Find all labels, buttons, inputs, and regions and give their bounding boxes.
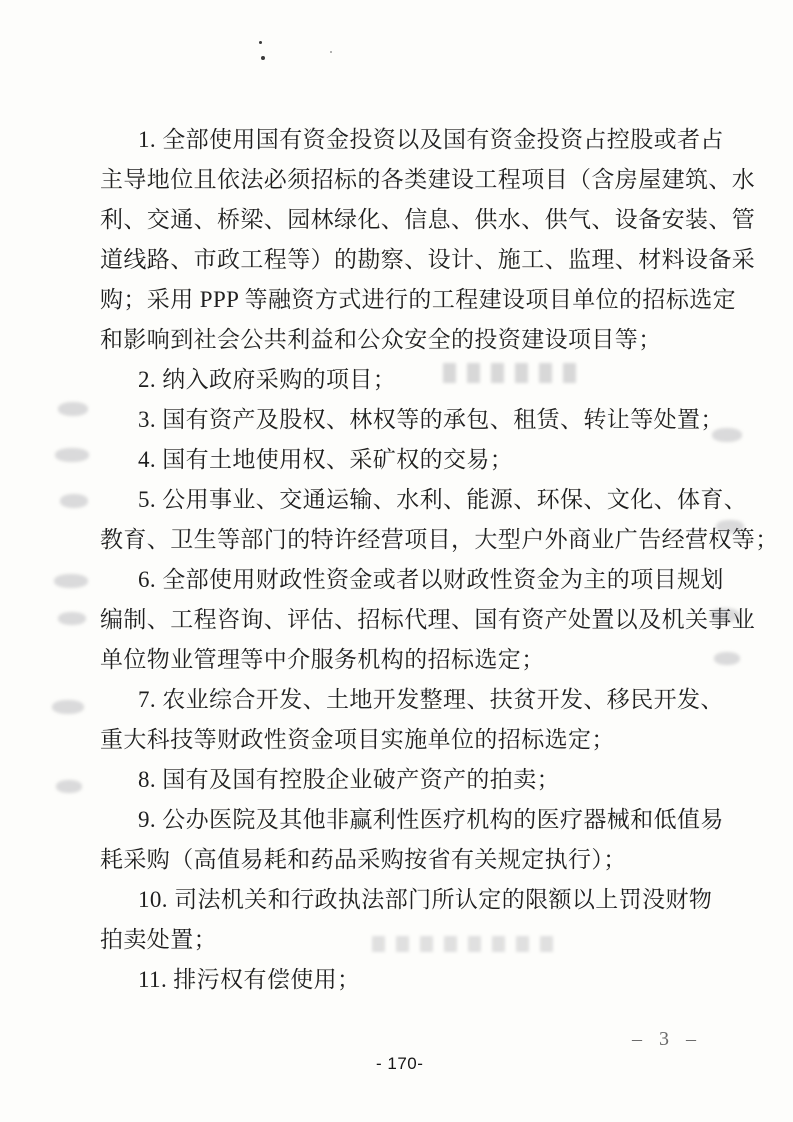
bleedthrough-smudge xyxy=(58,402,88,416)
text-line: 利、交通、桥梁、园林绿化、信息、供水、供气、设备安装、管 xyxy=(100,200,704,240)
text-line: 4. 国有土地使用权、采矿权的交易； xyxy=(100,440,704,480)
text-line: 道线路、市政工程等）的勘察、设计、施工、监理、材料设备采 xyxy=(100,240,704,280)
text-line: 拍卖处置； xyxy=(100,920,704,960)
page-number-right: – 3 – xyxy=(632,1028,702,1051)
text-line: 编制、工程咨询、评估、招标代理、国有资产处置以及机关事业 xyxy=(100,600,704,640)
scan-speck xyxy=(259,41,262,44)
text-line: 10. 司法机关和行政执法部门所认定的限额以上罚没财物 xyxy=(100,880,704,920)
text-line: 11. 排污权有偿使用； xyxy=(100,960,704,1000)
bleedthrough-smudge xyxy=(54,574,88,588)
text-line: 5. 公用事业、交通运输、水利、能源、环保、文化、体育、 xyxy=(100,480,704,520)
text-line: 3. 国有资产及股权、林权等的承包、租赁、转让等处置； xyxy=(100,400,704,440)
bleedthrough-smudge xyxy=(58,612,86,625)
text-line: 单位物业管理等中介服务机构的招标选定； xyxy=(100,640,704,680)
bleedthrough-smudge xyxy=(60,494,88,508)
text-line: 教育、卫生等部门的特许经营项目，大型户外商业广告经营权等； xyxy=(100,520,704,560)
scan-speck xyxy=(261,56,265,60)
text-line: 9. 公办医院及其他非赢利性医疗机构的医疗器械和低值易 xyxy=(100,800,704,840)
text-line: 8. 国有及国有控股企业破产资产的拍卖； xyxy=(100,760,704,800)
bleedthrough-smudge xyxy=(55,448,89,462)
document-page: 1. 全部使用国有资金投资以及国有资金投资占控股或者占 主导地位且依法必须招标的… xyxy=(0,0,793,1122)
scan-speck xyxy=(330,51,332,53)
bleedthrough-smudge xyxy=(56,780,82,793)
text-line: 1. 全部使用国有资金投资以及国有资金投资占控股或者占 xyxy=(100,120,704,160)
text-line: 主导地位且依法必须招标的各类建设工程项目（含房屋建筑、水 xyxy=(100,160,704,200)
text-line: 6. 全部使用财政性资金或者以财政性资金为主的项目规划 xyxy=(100,560,704,600)
text-line: 耗采购（高值易耗和药品采购按省有关规定执行）； xyxy=(100,840,704,880)
text-line: 7. 农业综合开发、土地开发整理、扶贫开发、移民开发、 xyxy=(100,680,704,720)
text-line: 重大科技等财政性资金项目实施单位的招标选定； xyxy=(100,720,704,760)
bleedthrough-smudge xyxy=(714,652,740,665)
text-line: 购；采用 PPP 等融资方式进行的工程建设项目单位的招标选定 xyxy=(100,280,704,320)
page-number-bottom: - 170- xyxy=(376,1054,423,1074)
text-line: 2. 纳入政府采购的项目； xyxy=(100,360,704,400)
text-line: 和影响到社会公共利益和公众安全的投资建设项目等； xyxy=(100,320,704,360)
bleedthrough-smudge xyxy=(52,700,84,714)
document-body: 1. 全部使用国有资金投资以及国有资金投资占控股或者占 主导地位且依法必须招标的… xyxy=(100,120,704,1000)
